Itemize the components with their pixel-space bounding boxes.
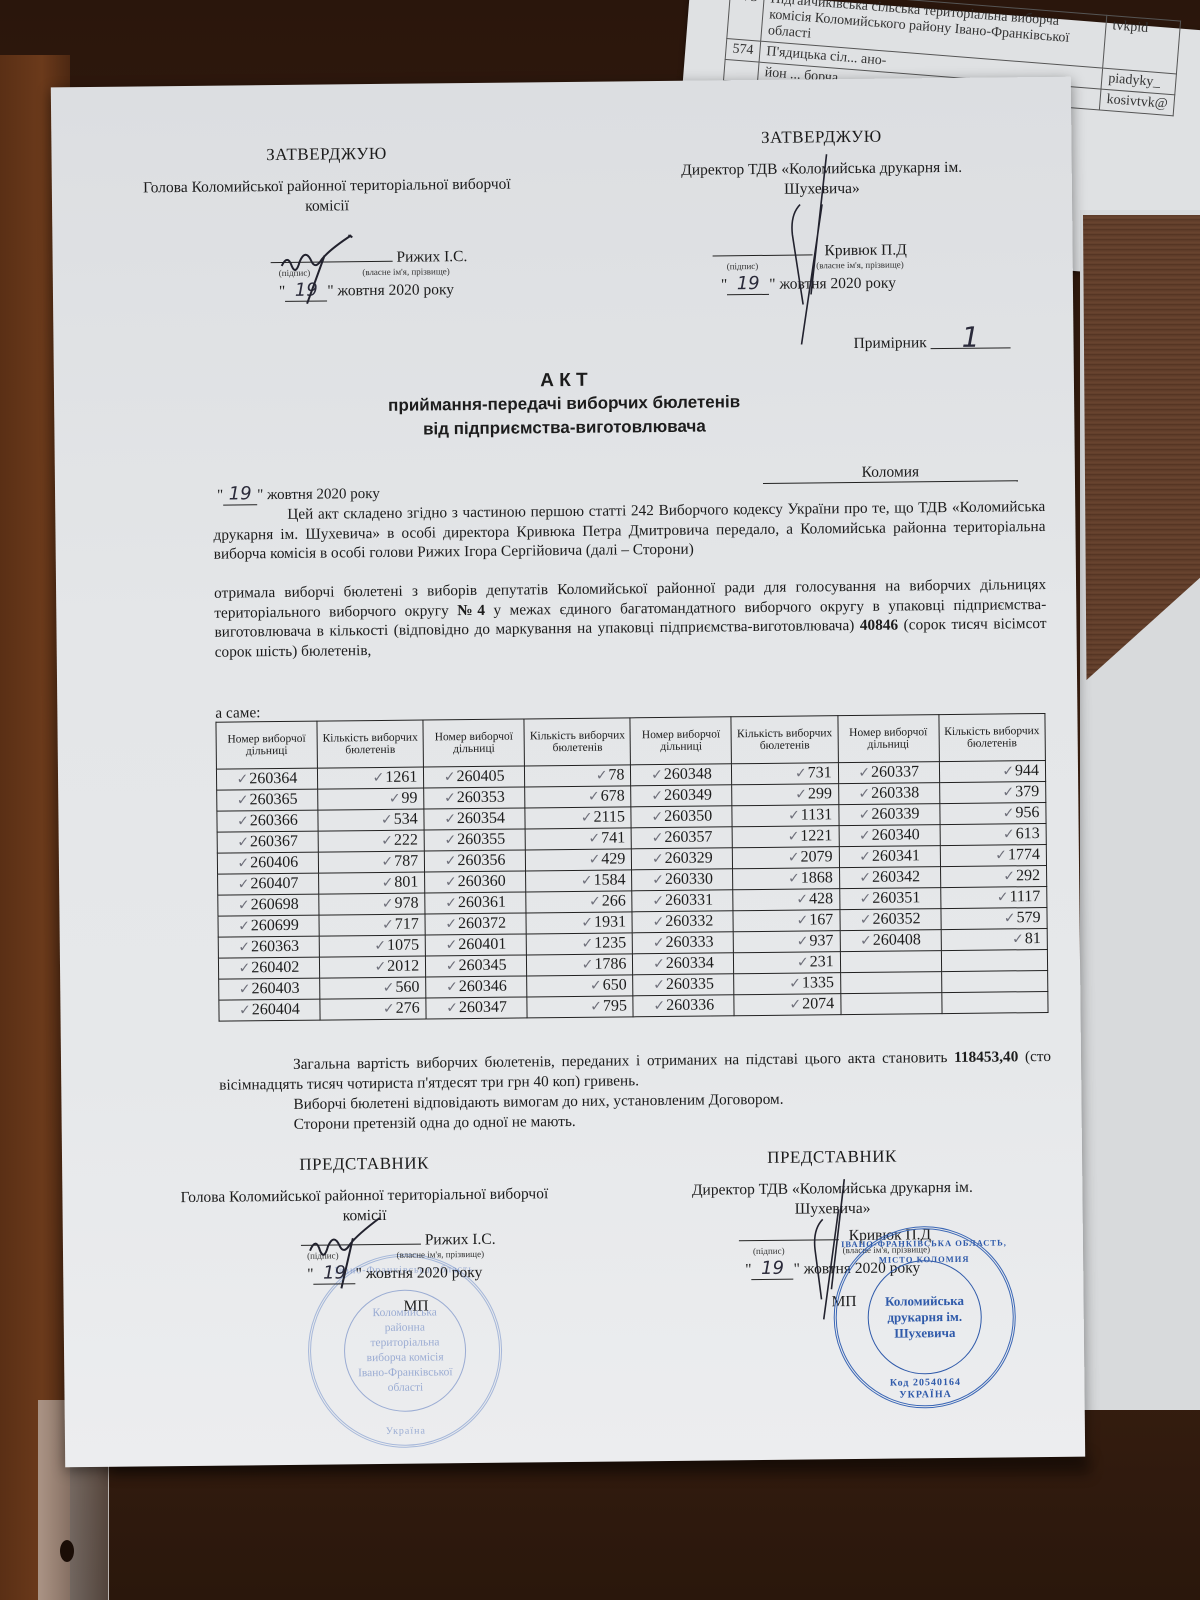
cell-value: 260329 bbox=[665, 849, 713, 867]
act-day: 19 bbox=[223, 483, 257, 505]
approval-right-signature: Кривюк П.Д (підпис)(власне ім'я, прізвищ… bbox=[712, 241, 907, 295]
cell-value: 1584 bbox=[594, 871, 626, 888]
cell-value: 260341 bbox=[872, 847, 920, 865]
polling-station-cell: ✓260339 bbox=[839, 804, 940, 826]
cell-value: 260365 bbox=[249, 791, 297, 809]
cell-value: 678 bbox=[601, 787, 625, 804]
cell-value: 1868 bbox=[801, 869, 833, 886]
signature-line bbox=[739, 1239, 839, 1241]
cell-value: 260402 bbox=[251, 959, 299, 977]
check-mark-icon: ✓ bbox=[381, 854, 393, 870]
check-mark-icon: ✓ bbox=[796, 912, 808, 928]
ballot-count-cell: ✓231 bbox=[734, 952, 841, 974]
polling-station-cell: ✓260340 bbox=[839, 825, 940, 847]
polling-station-cell: ✓260337 bbox=[838, 762, 939, 784]
ballot-count-cell: ✓613 bbox=[940, 823, 1047, 845]
check-mark-icon: ✓ bbox=[860, 912, 872, 928]
approval-date: жовтня 2020 року bbox=[779, 275, 896, 293]
cell-value: 717 bbox=[395, 916, 419, 933]
check-mark-icon: ✓ bbox=[444, 790, 456, 806]
ballot-count-cell: ✓956 bbox=[939, 802, 1046, 824]
cell-value: 260350 bbox=[664, 807, 712, 825]
cell-value: 937 bbox=[809, 932, 833, 949]
check-mark-icon: ✓ bbox=[238, 876, 250, 892]
approval-title: ЗАТВЕРДЖУЮ bbox=[641, 125, 1001, 149]
polling-station-cell: ✓260351 bbox=[839, 888, 940, 910]
check-mark-icon: ✓ bbox=[788, 871, 800, 887]
cell-value: 1335 bbox=[802, 974, 834, 991]
cell-value: 2079 bbox=[801, 848, 833, 865]
ballot-count-cell: ✓944 bbox=[939, 761, 1046, 783]
polling-station-cell bbox=[840, 951, 941, 973]
check-mark-icon: ✓ bbox=[374, 959, 386, 975]
cell-value: 260342 bbox=[872, 868, 920, 886]
signature-line bbox=[713, 254, 813, 256]
cell-value: 260356 bbox=[457, 852, 505, 870]
check-mark-icon: ✓ bbox=[859, 807, 871, 823]
check-mark-icon: ✓ bbox=[237, 834, 249, 850]
seal-center: Коломийська друкарня ім. Шухевича bbox=[867, 1259, 983, 1375]
approval-left-signature: Рижих І.С. (підпис)(власне ім'я, прізвищ… bbox=[271, 248, 468, 302]
ballot-count-cell: ✓428 bbox=[733, 889, 840, 911]
ballot-count-cell: ✓1868 bbox=[733, 868, 840, 890]
ballot-count-cell: ✓978 bbox=[319, 893, 426, 915]
polling-station-cell: ✓260329 bbox=[632, 848, 733, 870]
cell-value: 276 bbox=[396, 1000, 420, 1017]
cell-value: 260338 bbox=[871, 784, 919, 802]
column-header-ballot-count: Кількість виборчих бюлетенів bbox=[524, 718, 631, 766]
cell-value: 260352 bbox=[872, 910, 920, 928]
representative-day: 19 bbox=[313, 1262, 355, 1284]
column-header-polling-station: Номер виборчої дільниці bbox=[838, 715, 939, 763]
cell-value: 99 bbox=[401, 790, 417, 807]
cell-value: 260367 bbox=[250, 833, 298, 851]
cell-value: 795 bbox=[603, 997, 627, 1014]
ballot-count-cell bbox=[941, 970, 1048, 992]
ballot-count-cell: ✓787 bbox=[318, 851, 425, 873]
ballot-count-cell: ✓276 bbox=[320, 998, 427, 1020]
polling-station-cell: ✓260361 bbox=[425, 892, 526, 914]
check-mark-icon: ✓ bbox=[797, 954, 809, 970]
polling-station-cell: ✓260360 bbox=[425, 871, 526, 893]
polling-station-cell: ✓260401 bbox=[425, 934, 526, 956]
check-mark-icon: ✓ bbox=[581, 915, 593, 931]
district-number: №4 bbox=[457, 601, 485, 618]
ballot-count-cell bbox=[941, 991, 1048, 1013]
check-mark-icon: ✓ bbox=[445, 853, 457, 869]
cell-value: 1131 bbox=[801, 806, 833, 823]
check-mark-icon: ✓ bbox=[789, 976, 801, 992]
cell-value: 260361 bbox=[458, 894, 506, 912]
cell-value: 944 bbox=[1015, 762, 1039, 779]
ballot-count-cell: ✓731 bbox=[732, 763, 839, 785]
check-mark-icon: ✓ bbox=[1002, 784, 1014, 800]
cell-value: 260363 bbox=[251, 938, 299, 956]
cell-value: 1221 bbox=[800, 827, 832, 844]
cell-value: 299 bbox=[808, 785, 832, 802]
check-mark-icon: ✓ bbox=[239, 960, 251, 976]
cell-value: 222 bbox=[394, 832, 418, 849]
cell-value: 379 bbox=[1015, 783, 1039, 800]
ballot-count-cell: ✓650 bbox=[527, 975, 634, 997]
check-mark-icon: ✓ bbox=[858, 786, 870, 802]
cell-value: 260336 bbox=[666, 996, 714, 1014]
ballot-count-cell bbox=[941, 949, 1048, 971]
ballot-count-cell: ✓2074 bbox=[734, 994, 841, 1016]
check-mark-icon: ✓ bbox=[589, 894, 601, 910]
cell-value: 1261 bbox=[385, 769, 417, 786]
check-mark-icon: ✓ bbox=[1004, 910, 1016, 926]
cell-value: 787 bbox=[394, 853, 418, 870]
check-mark-icon: ✓ bbox=[789, 997, 801, 1013]
cell-value: 292 bbox=[1016, 867, 1040, 884]
polling-station-cell: ✓260335 bbox=[633, 974, 734, 996]
ballot-count-cell: ✓1221 bbox=[732, 826, 839, 848]
ballot-count-cell: ✓717 bbox=[319, 914, 426, 936]
cell-value: 1786 bbox=[594, 955, 626, 972]
polling-station-cell: ✓260341 bbox=[839, 846, 940, 868]
ballot-count-cell: ✓579 bbox=[941, 907, 1048, 929]
cell-value: 1117 bbox=[1009, 888, 1040, 905]
signature-caption: (підпис) bbox=[753, 1246, 785, 1256]
representative-left: ПРЕДСТАВНИК Голова Коломийської районної… bbox=[174, 1152, 555, 1228]
polling-station-cell: ✓260367 bbox=[217, 831, 318, 853]
cell-value: 260353 bbox=[457, 789, 505, 807]
check-mark-icon: ✓ bbox=[237, 855, 249, 871]
polling-station-cell: ✓260699 bbox=[218, 915, 319, 937]
check-mark-icon: ✓ bbox=[588, 789, 600, 805]
check-mark-icon: ✓ bbox=[239, 1002, 251, 1018]
check-mark-icon: ✓ bbox=[1012, 931, 1024, 947]
cell-value: 650 bbox=[603, 976, 627, 993]
ballot-count-cell: ✓1931 bbox=[526, 912, 633, 934]
approval-name: Кривюк П.Д bbox=[824, 241, 907, 259]
check-mark-icon: ✓ bbox=[860, 933, 872, 949]
check-mark-icon: ✓ bbox=[239, 981, 251, 997]
check-mark-icon: ✓ bbox=[651, 809, 663, 825]
ballot-count-cell: ✓2079 bbox=[733, 847, 840, 869]
check-mark-icon: ✓ bbox=[237, 813, 249, 829]
cell-value: 260340 bbox=[872, 826, 920, 844]
check-mark-icon: ✓ bbox=[372, 770, 384, 786]
representative-day: 19 bbox=[751, 1258, 793, 1280]
ballot-count-cell: ✓167 bbox=[733, 910, 840, 932]
polling-station-cell: ✓260407 bbox=[218, 873, 319, 895]
polling-station-cell: ✓260402 bbox=[218, 957, 319, 979]
check-mark-icon: ✓ bbox=[238, 918, 250, 934]
cell-value: 260335 bbox=[666, 975, 714, 993]
check-mark-icon: ✓ bbox=[237, 771, 249, 787]
ballot-count-cell: ✓222 bbox=[318, 830, 425, 852]
cell-value: 260348 bbox=[664, 765, 712, 783]
check-mark-icon: ✓ bbox=[582, 957, 594, 973]
check-mark-icon: ✓ bbox=[238, 897, 250, 913]
ballot-count-cell: ✓1131 bbox=[732, 805, 839, 827]
cell-value: 260332 bbox=[665, 912, 713, 930]
polling-station-cell: ✓260366 bbox=[217, 810, 318, 832]
cell-value: 260372 bbox=[458, 915, 506, 933]
ballot-count-cell: ✓81 bbox=[941, 928, 1048, 950]
polling-station-cell: ✓260356 bbox=[425, 850, 526, 872]
polling-station-cell: ✓260338 bbox=[838, 783, 939, 805]
column-header-ballot-count: Кількість виборчих бюлетенів bbox=[317, 720, 424, 768]
check-mark-icon: ✓ bbox=[389, 791, 401, 807]
check-mark-icon: ✓ bbox=[1003, 805, 1015, 821]
check-mark-icon: ✓ bbox=[653, 935, 665, 951]
signature-caption: (підпис) bbox=[727, 261, 759, 271]
check-mark-icon: ✓ bbox=[652, 893, 664, 909]
check-mark-icon: ✓ bbox=[651, 788, 663, 804]
column-header-polling-station: Номер виборчої дільниці bbox=[216, 721, 317, 769]
polling-station-cell: ✓260333 bbox=[633, 932, 734, 954]
ballot-table: Номер виборчої дільниціКількість виборчи… bbox=[215, 713, 1048, 1022]
check-mark-icon: ✓ bbox=[997, 889, 1009, 905]
cell-value: 260407 bbox=[250, 875, 298, 893]
polling-station-cell: ✓260406 bbox=[217, 852, 318, 874]
name-caption: (власне ім'я, прізвище) bbox=[816, 259, 904, 270]
copy-label: Примірник bbox=[853, 334, 926, 352]
representative-right: ПРЕДСТАВНИК Директор ТДВ «Коломийська др… bbox=[652, 1145, 1013, 1221]
check-mark-icon: ✓ bbox=[795, 766, 807, 782]
check-mark-icon: ✓ bbox=[381, 812, 393, 828]
check-mark-icon: ✓ bbox=[590, 978, 602, 994]
polling-station-cell: ✓260403 bbox=[219, 978, 320, 1000]
check-mark-icon: ✓ bbox=[589, 852, 601, 868]
approval-date: жовтня 2020 року bbox=[337, 281, 454, 299]
seal-center-text: Коломийська друкарня ім. Шухевича bbox=[868, 1289, 981, 1346]
ballot-count-cell: ✓78 bbox=[525, 765, 632, 787]
cell-value: 260346 bbox=[459, 978, 507, 996]
cell-value: 260403 bbox=[251, 980, 299, 998]
representative-title: ПРЕДСТАВНИК bbox=[652, 1145, 1012, 1169]
approval-position: Голова Коломийської районної територіаль… bbox=[142, 175, 512, 219]
cell-value: 1931 bbox=[594, 913, 626, 930]
cell-value: 260355 bbox=[457, 831, 505, 849]
cell-value: 260354 bbox=[457, 810, 505, 828]
polling-station-cell: ✓260352 bbox=[840, 909, 941, 931]
cell-value: 81 bbox=[1025, 930, 1041, 947]
cell-value: 260360 bbox=[458, 873, 506, 891]
ballot-count-cell: ✓1584 bbox=[526, 870, 633, 892]
check-mark-icon: ✓ bbox=[383, 1001, 395, 1017]
cell-value: 956 bbox=[1015, 804, 1039, 821]
polling-station-cell: ✓260336 bbox=[633, 995, 734, 1017]
representative-date: жовтня 2020 року bbox=[366, 1264, 483, 1282]
cell-value: 260699 bbox=[251, 917, 299, 935]
check-mark-icon: ✓ bbox=[651, 767, 663, 783]
cell-value: 266 bbox=[602, 892, 626, 909]
ballot-count-cell: ✓1235 bbox=[526, 933, 633, 955]
approval-right: ЗАТВЕРДЖУЮ Директор ТДВ «Коломийська дру… bbox=[641, 125, 1002, 201]
polling-station-cell: ✓260350 bbox=[631, 806, 732, 828]
cell-value: 613 bbox=[1016, 825, 1040, 842]
act-paragraph-1: Цей акт складено згідно з частиною першо… bbox=[213, 497, 1046, 564]
cell-value: 534 bbox=[394, 811, 418, 828]
cell-value: 167 bbox=[809, 911, 833, 928]
total-cost: 118453,40 bbox=[954, 1048, 1018, 1066]
act-place: Коломия bbox=[763, 462, 1018, 484]
seal-bottom-text: УКРАЇНА bbox=[837, 1386, 1013, 1404]
check-mark-icon: ✓ bbox=[446, 958, 458, 974]
polling-station-cell bbox=[840, 972, 941, 994]
copy-value: 1 bbox=[930, 327, 1010, 349]
seal-ring-text: ІВАНО-ФРАНКІВСЬКА ОБЛАСТЬ, МІСТО КОЛОМИЯ bbox=[836, 1234, 1012, 1268]
check-mark-icon: ✓ bbox=[590, 999, 602, 1015]
punch-hole bbox=[60, 1540, 74, 1562]
name-caption: (власне ім'я, прізвище) bbox=[362, 266, 450, 277]
ballot-count-cell: ✓429 bbox=[525, 849, 632, 871]
check-mark-icon: ✓ bbox=[652, 830, 664, 846]
check-mark-icon: ✓ bbox=[1002, 763, 1014, 779]
polling-station-cell: ✓260355 bbox=[424, 829, 525, 851]
cell-value: 579 bbox=[1016, 909, 1040, 926]
check-mark-icon: ✓ bbox=[374, 938, 386, 954]
polling-station-cell: ✓260408 bbox=[840, 930, 941, 952]
table-body: ✓260364✓1261✓260405✓78✓260348✓731✓260337… bbox=[216, 761, 1048, 1022]
check-mark-icon: ✓ bbox=[445, 874, 457, 890]
cell-value: 1075 bbox=[387, 937, 419, 954]
cell-value: 428 bbox=[809, 890, 833, 907]
polling-station-cell: ✓260404 bbox=[219, 999, 320, 1021]
check-mark-icon: ✓ bbox=[444, 832, 456, 848]
act-paragraph-2: отримала виборчі бюлетені з виборів депу… bbox=[214, 575, 1047, 662]
ballot-count-cell: ✓801 bbox=[318, 872, 425, 894]
representative-position: Голова Коломийської районної територіаль… bbox=[174, 1184, 554, 1228]
ballot-count-cell: ✓2115 bbox=[525, 807, 632, 829]
check-mark-icon: ✓ bbox=[581, 936, 593, 952]
cell-value: 260347 bbox=[459, 999, 507, 1017]
check-mark-icon: ✓ bbox=[581, 873, 593, 889]
ballot-count-cell: ✓1786 bbox=[527, 954, 634, 976]
cell-value: 429 bbox=[601, 850, 625, 867]
polling-station-cell: ✓260347 bbox=[426, 997, 527, 1019]
cell-value: 260333 bbox=[665, 933, 713, 951]
cell-value: 260345 bbox=[458, 957, 506, 975]
cell-value: 801 bbox=[394, 874, 418, 891]
check-mark-icon: ✓ bbox=[588, 831, 600, 847]
check-mark-icon: ✓ bbox=[445, 895, 457, 911]
representative-title: ПРЕДСТАВНИК bbox=[174, 1152, 554, 1176]
check-mark-icon: ✓ bbox=[859, 870, 871, 886]
cell-value: 260401 bbox=[458, 936, 506, 954]
cell-value: 260366 bbox=[250, 812, 298, 830]
act-date-text: жовтня 2020 року bbox=[267, 486, 380, 503]
cell-value: 260334 bbox=[666, 954, 714, 972]
ballot-count-cell: ✓534 bbox=[318, 809, 425, 831]
check-mark-icon: ✓ bbox=[796, 891, 808, 907]
check-mark-icon: ✓ bbox=[383, 980, 395, 996]
check-mark-icon: ✓ bbox=[237, 792, 249, 808]
cell-value: 260357 bbox=[664, 828, 712, 846]
polling-station-cell: ✓260348 bbox=[631, 764, 732, 786]
check-mark-icon: ✓ bbox=[652, 851, 664, 867]
ballot-count-cell: ✓1261 bbox=[317, 767, 424, 789]
cell-value: 260408 bbox=[873, 931, 921, 949]
seal-placeholder: МП bbox=[403, 1297, 496, 1316]
check-mark-icon: ✓ bbox=[859, 828, 871, 844]
check-mark-icon: ✓ bbox=[788, 850, 800, 866]
approval-day: 19 bbox=[285, 279, 327, 301]
check-mark-icon: ✓ bbox=[382, 896, 394, 912]
polling-station-cell bbox=[841, 993, 942, 1015]
polling-station-cell: ✓260342 bbox=[839, 867, 940, 889]
cell-value: 260337 bbox=[871, 763, 919, 781]
cell-value: 260331 bbox=[665, 891, 713, 909]
ballot-count-cell: ✓266 bbox=[526, 891, 633, 913]
polling-station-cell: ✓260334 bbox=[633, 953, 734, 975]
check-mark-icon: ✓ bbox=[653, 977, 665, 993]
cell-value: 1774 bbox=[1008, 846, 1040, 863]
check-mark-icon: ✓ bbox=[382, 917, 394, 933]
column-header-ballot-count: Кількість виборчих бюлетенів bbox=[938, 714, 1045, 762]
ballot-count-cell: ✓795 bbox=[527, 996, 634, 1018]
ballot-count-cell: ✓741 bbox=[525, 828, 632, 850]
copy-number: Примірник 1 bbox=[853, 327, 1010, 353]
para-text: Загальна вартість виборчих бюлетенів, пе… bbox=[293, 1049, 954, 1073]
check-mark-icon: ✓ bbox=[581, 810, 593, 826]
name-caption: (власне ім'я, прізвище) bbox=[397, 1249, 485, 1260]
ballot-count-cell: ✓1117 bbox=[940, 886, 1047, 908]
cell-value: 260349 bbox=[664, 786, 712, 804]
check-mark-icon: ✓ bbox=[858, 765, 870, 781]
check-mark-icon: ✓ bbox=[797, 933, 809, 949]
polling-station-cell: ✓260698 bbox=[218, 894, 319, 916]
ballot-count-cell: ✓292 bbox=[940, 865, 1047, 887]
ballot-count-cell: ✓1075 bbox=[319, 935, 426, 957]
check-mark-icon: ✓ bbox=[1003, 826, 1015, 842]
signature-caption: (підпис) bbox=[279, 268, 311, 278]
printing-house-seal: ІВАНО-ФРАНКІВСЬКА ОБЛАСТЬ, МІСТО КОЛОМИЯ… bbox=[833, 1225, 1017, 1409]
representative-position: Директор ТДВ «Коломийська друкарня ім. Ш… bbox=[652, 1177, 1012, 1221]
total-ballots: 40846 bbox=[860, 617, 898, 634]
check-mark-icon: ✓ bbox=[446, 937, 458, 953]
polling-station-cell: ✓260331 bbox=[632, 890, 733, 912]
cell-value: 560 bbox=[395, 979, 419, 996]
representative-name: Рижих І.С. bbox=[425, 1231, 496, 1249]
check-mark-icon: ✓ bbox=[382, 875, 394, 891]
seal-bottom-text: Україна bbox=[312, 1423, 500, 1440]
approval-day: 19 bbox=[727, 273, 769, 295]
column-header-polling-station: Номер виборчої дільниці bbox=[630, 717, 731, 765]
cell-value: 260698 bbox=[251, 896, 299, 914]
check-mark-icon: ✓ bbox=[596, 768, 608, 784]
ballot-count-cell: ✓560 bbox=[320, 977, 427, 999]
cell-value: 2012 bbox=[387, 958, 419, 975]
check-mark-icon: ✓ bbox=[653, 998, 665, 1014]
cell-value: 260405 bbox=[456, 768, 504, 786]
ballot-count-cell: ✓379 bbox=[939, 781, 1046, 803]
approval-position: Директор ТДВ «Коломийська друкарня ім. Ш… bbox=[642, 157, 1002, 201]
polling-station-cell: ✓260357 bbox=[632, 827, 733, 849]
polling-station-cell: ✓260346 bbox=[426, 976, 527, 998]
column-header-polling-station: Номер виборчої дільниці bbox=[423, 719, 524, 767]
check-mark-icon: ✓ bbox=[1003, 868, 1015, 884]
cell-value: 260406 bbox=[250, 854, 298, 872]
polling-station-cell: ✓260345 bbox=[426, 955, 527, 977]
polling-station-cell: ✓260349 bbox=[631, 785, 732, 807]
polling-station-cell: ✓260353 bbox=[424, 787, 525, 809]
cell-value: 260364 bbox=[249, 770, 297, 788]
cell-value: 260404 bbox=[252, 1001, 300, 1019]
signature-line bbox=[301, 1244, 421, 1246]
ballot-count-cell: ✓1335 bbox=[734, 973, 841, 995]
approval-title: ЗАТВЕРДЖУЮ bbox=[141, 143, 511, 167]
representative-left-signature: Рижих І.С. (підпис)(власне ім'я, прізвищ… bbox=[301, 1231, 497, 1317]
ballot-count-cell: ✓1774 bbox=[940, 844, 1047, 866]
polling-station-cell: ✓260364 bbox=[216, 768, 317, 790]
check-mark-icon: ✓ bbox=[995, 847, 1007, 863]
ballot-count-cell: ✓99 bbox=[318, 788, 425, 810]
